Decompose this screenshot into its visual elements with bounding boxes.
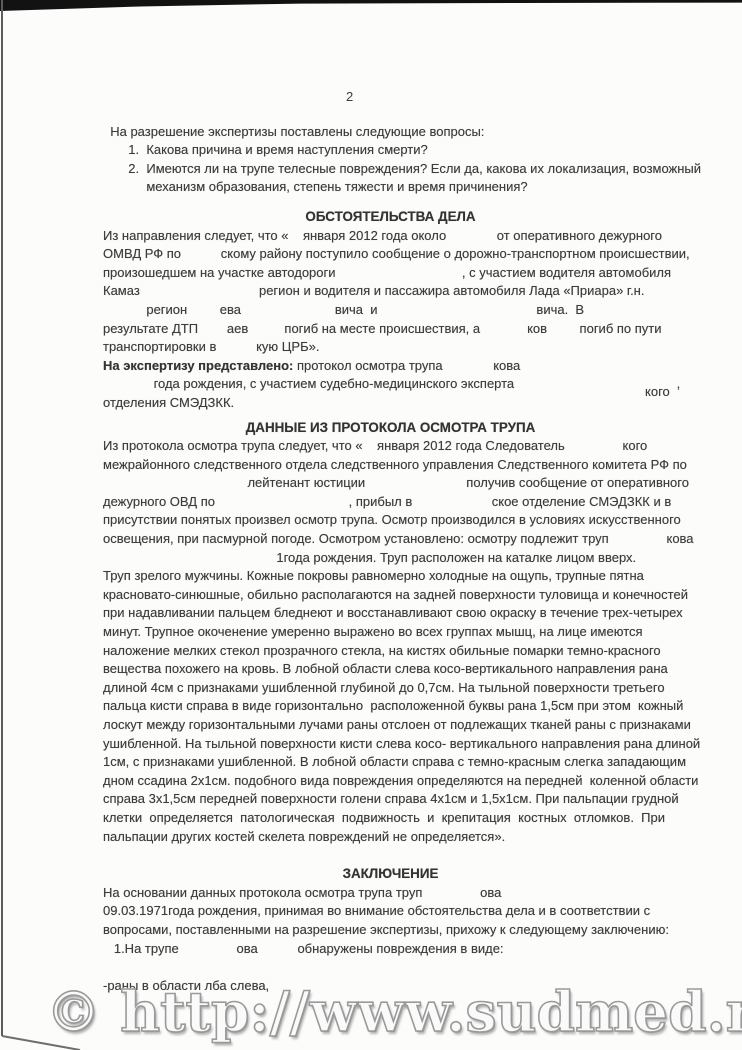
section-heading-conclusion: ЗАКЛЮЧЕНИЕ	[103, 865, 678, 884]
text-line: ОМВД РФ по скому району поступило сообще…	[103, 245, 678, 264]
text-line: На экспертизу представлено: протокол осм…	[103, 357, 678, 376]
scanned-document-page: 2 На разрешение экспертизы поставлены сл…	[0, 0, 742, 1050]
text-line: Камаз регион и водителя и пассажира авто…	[103, 282, 678, 301]
document-content: 2 На разрешение экспертизы поставлены сл…	[103, 0, 678, 996]
text-line: Труп зрелого мужчины. Кожные покровы рав…	[103, 567, 678, 586]
text-line: минут. Трупное окоченение умеренно выраж…	[103, 623, 678, 642]
text-line: 1.На трупе ова обнаружены повреждения в …	[103, 940, 678, 959]
text-line: пальпации других костей скелета поврежде…	[103, 828, 678, 847]
text-line: 2. Имеются ли на трупе телесные поврежде…	[103, 160, 678, 179]
text-line: 1. Какова причина и время наступления см…	[103, 141, 678, 160]
conclusion-paragraph: На основании данных протокола осмотра тр…	[103, 884, 678, 958]
text-line: 1см, с признаками ушибленной. В лобной о…	[103, 753, 678, 772]
text-line: при надавливании пальцем бледнеют и восс…	[103, 604, 678, 623]
text-line: освещения, при пасмурной погоде. Осмотро…	[103, 530, 678, 549]
text-line: наложение мелких стекол прозрачного стек…	[103, 642, 678, 661]
protocol-paragraph: Из протокола осмотра трупа следует, что …	[103, 437, 678, 846]
presented-label: На экспертизу представлено:	[103, 358, 293, 373]
text-line: ушибленной. На тыльной поверхности кисти…	[103, 735, 678, 754]
text-line: На основании данных протокола осмотра тр…	[103, 884, 678, 903]
text-line: лейтенант юстиции получив сообщение от о…	[103, 474, 678, 493]
redacted-name-fragment: кого	[645, 384, 670, 399]
text-line: длиной 4см с признаками ушибленной глуби…	[103, 679, 678, 698]
section-heading-circumstances: ОБСТОЯТЕЛЬСТВА ДЕЛА	[103, 208, 678, 227]
text-line: транспортировки в кую ЦРБ».	[103, 338, 678, 357]
text-line: пальца кисти справа в виде горизонтально…	[103, 697, 678, 716]
text-line: межрайонного следственного отдела следст…	[103, 456, 678, 475]
sudmed-watermark: © http://www.sudmed.ru	[46, 979, 742, 1044]
text-line: вопросами, поставленными на разрешение э…	[103, 921, 678, 940]
section-heading-protocol-data: ДАННЫЕ ИЗ ПРОТОКОЛА ОСМОТРА ТРУПА	[103, 419, 678, 438]
text-line: Из протокола осмотра трупа следует, что …	[103, 437, 678, 456]
text-line: На разрешение экспертизы поставлены след…	[103, 123, 678, 142]
text-line: Из направления следует, что « января 201…	[103, 227, 678, 246]
text-line: 1года рождения. Труп расположен на катал…	[103, 549, 678, 568]
text-line: вещества похожего на кровь. В лобной обл…	[103, 660, 678, 679]
text-line: произошедшем на участке автодороги , с у…	[103, 264, 678, 283]
presented-for-examination-paragraph: На экспертизу представлено: протокол осм…	[103, 357, 678, 413]
text-line: клетки определяется патологическая подви…	[103, 809, 678, 828]
text-line: присутствии понятых произвел осмотр труп…	[103, 511, 678, 530]
text-line: 09.03.1971года рождения, принимая во вни…	[103, 902, 678, 921]
presented-text: протокол осмотра трупа кова	[293, 358, 520, 373]
expert-questions-paragraph: На разрешение экспертизы поставлены след…	[103, 123, 678, 197]
text-line: лоскут между горизонтальными лучами раны…	[103, 716, 678, 735]
text-line: результате ДТП аев погиб на месте происш…	[103, 320, 678, 339]
scan-edge-left-artifact	[1, 0, 3, 1036]
text-line: дном ссадина 2х1см. подобного вида повре…	[103, 772, 678, 791]
text-line: дежурного ОВД по , прибыл в ское отделен…	[103, 493, 678, 512]
text-line: года рождения, с участием судебно-медици…	[103, 375, 678, 394]
page-number: 2	[103, 88, 678, 107]
text-line: регион ева вича и вича. В	[103, 301, 678, 320]
circumstances-paragraph: Из направления следует, что « января 201…	[103, 227, 678, 357]
text-line: механизм образования, степень тяжести и …	[103, 178, 678, 197]
text-line: красновато-синюшные, обильно располагают…	[103, 586, 678, 605]
text-line: отделения СМЭДЗКК.	[103, 394, 678, 413]
text-line: справа 3х1,5см передней поверхности голе…	[103, 790, 678, 809]
